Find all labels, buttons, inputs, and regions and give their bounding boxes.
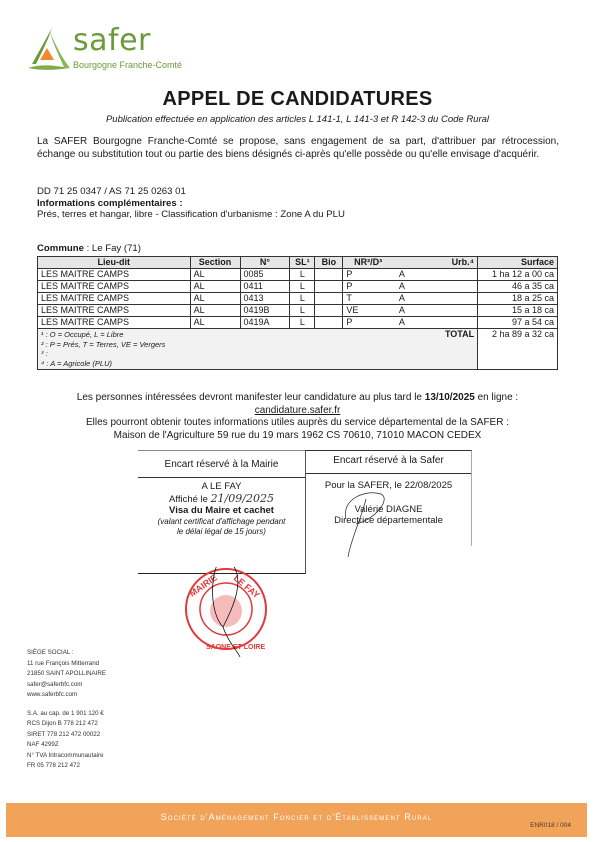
deadline-date: 13/10/2025 bbox=[425, 392, 475, 403]
posted-label: Affiché le bbox=[169, 494, 208, 505]
table-row: LES MAITRE CAMPSAL0419BLVEA15 a 18 ca bbox=[38, 305, 558, 317]
siege-line: NAF 4299Z bbox=[27, 740, 106, 751]
col-sl: SL¹ bbox=[290, 257, 315, 269]
visa-note-1: (valant certificat d'affichage pendant bbox=[138, 517, 305, 527]
cell-nr-d: P bbox=[343, 281, 393, 293]
cell-numero: 0419B bbox=[240, 305, 290, 317]
cell-lieu-dit: LES MAITRE CAMPS bbox=[38, 269, 191, 281]
siege-line: 11 rue François Mitterrand bbox=[27, 659, 106, 670]
siege-line: 21850 SAINT APOLLINAIRE bbox=[27, 669, 106, 680]
parcels-table: Lieu-dit Section N° SL¹ Bio NR²/D³ Urb.⁴… bbox=[37, 256, 558, 370]
cell-bio bbox=[315, 305, 343, 317]
mairie-stamp: MAIRIE LE FAY SAONE ET LOIRE bbox=[178, 567, 293, 657]
col-surface: Surface bbox=[478, 257, 558, 269]
total-label: TOTAL bbox=[343, 329, 478, 370]
cell-lieu-dit: LES MAITRE CAMPS bbox=[38, 281, 191, 293]
siege-line: www.saferbfc.com bbox=[27, 690, 106, 701]
cell-section: AL bbox=[190, 269, 240, 281]
info-label: Informations complémentaires : bbox=[37, 198, 345, 210]
deadline-line: Les personnes intéressées devront manife… bbox=[0, 392, 595, 405]
cell-urb: A bbox=[393, 293, 478, 305]
cell-surface: 18 a 25 ca bbox=[478, 293, 558, 305]
cell-nr-d: VE bbox=[343, 305, 393, 317]
notes-total-row: ¹ : O = Occupé, L = Libre² : P = Prés, T… bbox=[38, 329, 558, 370]
table-notes: ¹ : O = Occupé, L = Libre² : P = Prés, T… bbox=[38, 329, 343, 370]
stamp-icon: MAIRIE LE FAY SAONE ET LOIRE bbox=[178, 567, 293, 657]
cell-nr-d: P bbox=[343, 317, 393, 329]
table-row: LES MAITRE CAMPSAL0419ALPA97 a 54 ca bbox=[38, 317, 558, 329]
table-row: LES MAITRE CAMPSAL0085LPA1 ha 12 a 00 ca bbox=[38, 269, 558, 281]
commune-label: Commune bbox=[37, 243, 84, 254]
siege-line: SIÈGE SOCIAL : bbox=[27, 648, 106, 659]
cell-surface: 46 a 35 ca bbox=[478, 281, 558, 293]
posted-line: Affiché le 21/09/2025 bbox=[138, 493, 305, 506]
address-line: Maison de l'Agriculture 59 rue du 19 mar… bbox=[0, 430, 595, 443]
col-section: Section bbox=[190, 257, 240, 269]
deadline-block: Les personnes intéressées devront manife… bbox=[0, 392, 595, 442]
cell-bio bbox=[315, 317, 343, 329]
table-note: ³ : bbox=[41, 349, 340, 359]
cell-numero: 0419A bbox=[240, 317, 290, 329]
cell-numero: 0413 bbox=[240, 293, 290, 305]
cell-sl: L bbox=[290, 281, 315, 293]
col-numero: N° bbox=[240, 257, 290, 269]
info-text: Prés, terres et hangar, libre - Classifi… bbox=[37, 209, 345, 221]
cell-sl: L bbox=[290, 293, 315, 305]
cell-sl: L bbox=[290, 317, 315, 329]
cell-nr-d: T bbox=[343, 293, 393, 305]
cell-section: AL bbox=[190, 317, 240, 329]
cell-lieu-dit: LES MAITRE CAMPS bbox=[38, 317, 191, 329]
cell-surface: 15 a 18 ca bbox=[478, 305, 558, 317]
table-note: ² : P = Prés, T = Terres, VE = Vergers bbox=[41, 340, 340, 350]
commune-value: : Le Fay (71) bbox=[84, 243, 141, 254]
cell-numero: 0085 bbox=[240, 269, 290, 281]
visa-label: Visa du Maire et cachet bbox=[138, 505, 305, 517]
cell-sl: L bbox=[290, 269, 315, 281]
cell-surface: 1 ha 12 a 00 ca bbox=[478, 269, 558, 281]
cell-surface: 97 a 54 ca bbox=[478, 317, 558, 329]
mairie-box-header: Encart réservé à la Mairie bbox=[138, 450, 305, 478]
safer-logo: safer Bourgogne Franche-Comté bbox=[26, 24, 166, 74]
signature-icon bbox=[336, 479, 396, 559]
logo-wordmark: safer bbox=[73, 26, 151, 56]
col-bio: Bio bbox=[315, 257, 343, 269]
safer-box-header: Encart réservé à la Safer bbox=[306, 451, 471, 474]
siege-social-block: SIÈGE SOCIAL :11 rue François Mitterrand… bbox=[27, 648, 106, 772]
col-nr-d: NR²/D³ bbox=[343, 257, 393, 269]
total-value: 2 ha 89 a 32 ca bbox=[478, 329, 558, 370]
table-header-row: Lieu-dit Section N° SL¹ Bio NR²/D³ Urb.⁴… bbox=[38, 257, 558, 269]
page-subtitle: Publication effectuée en application des… bbox=[0, 114, 595, 125]
siege-line: safer@saferbfc.com bbox=[27, 680, 106, 691]
siege-line: RCS Dijon B 778 212 472 bbox=[27, 719, 106, 730]
safer-logo-icon bbox=[26, 24, 74, 74]
table-row: LES MAITRE CAMPSAL0413LTA18 a 25 ca bbox=[38, 293, 558, 305]
deadline-text: Les personnes intéressées devront manife… bbox=[77, 392, 425, 403]
table-note: ⁴ : A = Agricole (PLU) bbox=[41, 359, 340, 369]
cell-urb: A bbox=[393, 317, 478, 329]
table-row: LES MAITRE CAMPSAL0411LPA46 a 35 ca bbox=[38, 281, 558, 293]
cell-bio bbox=[315, 293, 343, 305]
cell-urb: A bbox=[393, 269, 478, 281]
candidature-link[interactable]: candidature.safer.fr bbox=[255, 405, 341, 416]
cell-urb: A bbox=[393, 281, 478, 293]
col-urb: Urb.⁴ bbox=[393, 257, 478, 269]
cell-numero: 0411 bbox=[240, 281, 290, 293]
commune-line: Commune : Le Fay (71) bbox=[37, 243, 141, 254]
cell-nr-d: P bbox=[343, 269, 393, 281]
siege-line: SIRET 778 212 472 00022 bbox=[27, 730, 106, 741]
mairie-box: Encart réservé à la Mairie A LE FAY Affi… bbox=[138, 450, 306, 574]
document-code: ENR018 / 004 bbox=[530, 822, 571, 829]
cell-sl: L bbox=[290, 305, 315, 317]
cell-section: AL bbox=[190, 281, 240, 293]
cell-bio bbox=[315, 269, 343, 281]
deadline-text-after: en ligne : bbox=[475, 392, 518, 403]
cell-section: AL bbox=[190, 305, 240, 317]
siege-line: N° TVA Intracommunautaire bbox=[27, 751, 106, 762]
footer-band: Société d'Aménagement Foncier et d'Établ… bbox=[6, 803, 587, 837]
references-block: DD 71 25 0347 / AS 71 25 0263 01 Informa… bbox=[37, 186, 345, 221]
siege-line: S.A. au cap. de 1 901 120 € bbox=[27, 709, 106, 720]
posted-date-handwritten: 21/09/2025 bbox=[211, 492, 274, 505]
intro-paragraph: La SAFER Bourgogne Franche-Comté se prop… bbox=[37, 136, 559, 161]
siege-line bbox=[27, 701, 106, 709]
col-lieu-dit: Lieu-dit bbox=[38, 257, 191, 269]
siege-line: FR 05 778 212 472 bbox=[27, 761, 106, 772]
cell-urb: A bbox=[393, 305, 478, 317]
info-line: Elles pourront obtenir toutes informatio… bbox=[0, 417, 595, 430]
cell-section: AL bbox=[190, 293, 240, 305]
dossier-reference: DD 71 25 0347 / AS 71 25 0263 01 bbox=[37, 186, 345, 198]
cell-lieu-dit: LES MAITRE CAMPS bbox=[38, 293, 191, 305]
footer-band-text: Société d'Aménagement Foncier et d'Établ… bbox=[6, 812, 587, 822]
page-title: APPEL DE CANDIDATURES bbox=[0, 88, 595, 111]
safer-box: Encart réservé à la Safer Pour la SAFER,… bbox=[305, 450, 472, 546]
cell-bio bbox=[315, 281, 343, 293]
cell-lieu-dit: LES MAITRE CAMPS bbox=[38, 305, 191, 317]
table-note: ¹ : O = Occupé, L = Libre bbox=[41, 330, 340, 340]
visa-note-2: le délai légal de 15 jours) bbox=[138, 527, 305, 537]
logo-region: Bourgogne Franche-Comté bbox=[73, 60, 182, 70]
